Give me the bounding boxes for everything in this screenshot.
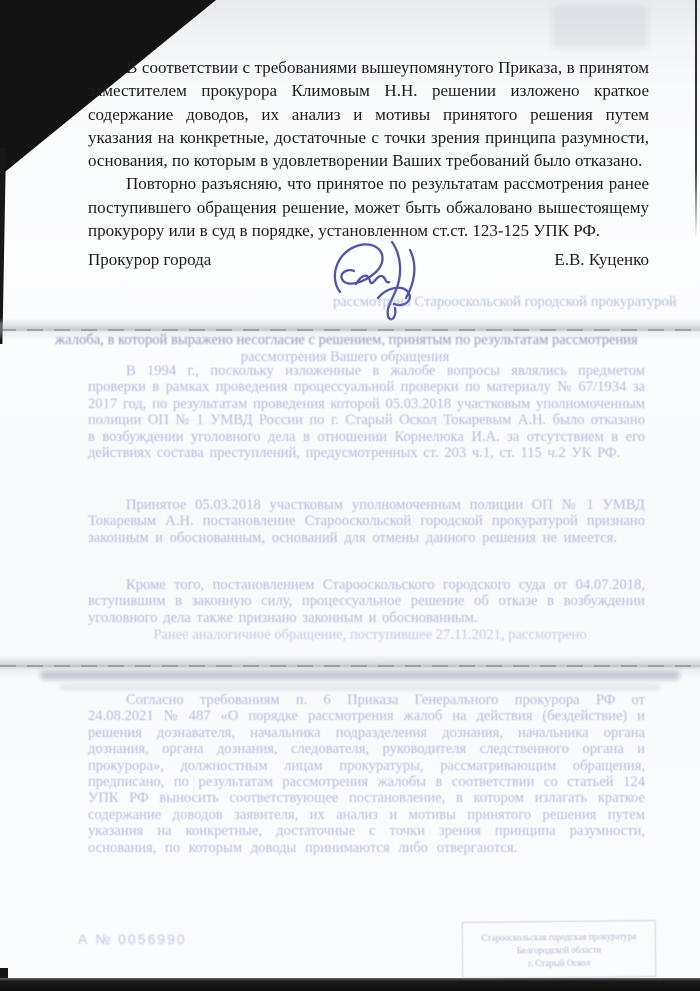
signer-title: Прокурор города [88, 250, 211, 270]
scanned-document-page: В соответствии с требованиями вышеупомян… [0, 0, 700, 991]
top-right-bleed-smudge [552, 6, 648, 48]
bleed-paragraph-check: В 1994 г., поскольку изложенные в жалобе… [88, 363, 645, 461]
letter-paragraph-1: В соответствии с требованиями вышеупомян… [88, 56, 649, 172]
signer-name: Е.В. Куценко [554, 250, 649, 270]
form-number-watermark: А № 0056990 [78, 931, 187, 947]
letter-body: В соответствии с требованиями вышеупомян… [88, 56, 649, 242]
left-page-edge-shadow [0, 148, 6, 344]
bleed-line-repeat: Ранее аналогичное обращение, поступившее… [150, 627, 590, 643]
stamp-line-1: Старооскольская городская прокуратура [463, 930, 655, 942]
stamp-line-2: Белгородской области [463, 943, 655, 955]
scanner-bottom-black-band [0, 978, 700, 991]
bleed-line-fold1-a: жалоба, в которой выражено несогласие с … [55, 332, 680, 348]
stamp-line-3: г. Старый Оскол [463, 956, 655, 968]
bleed-dark-smudge-2 [60, 684, 660, 690]
bleed-stamp-box: Старооскольская городская прокуратура Бе… [462, 920, 657, 979]
bleed-dark-smudge-1 [40, 671, 680, 680]
fold-crease-lower-line [0, 665, 700, 667]
bleed-paragraph-court: Кроме того, постановлением Старооскольск… [88, 577, 645, 626]
bleed-paragraph-decision: Принятое 05.03.2018 участковым уполномоч… [88, 497, 645, 546]
right-page-edge-shadow [695, 0, 697, 238]
bleed-paragraph-order: Согласно требованиям п. 6 Приказа Генера… [88, 692, 645, 856]
bleed-line-top-right: рассмотрена Старооскольской городской пр… [333, 294, 663, 310]
fold-crease-upper-line [0, 329, 700, 331]
